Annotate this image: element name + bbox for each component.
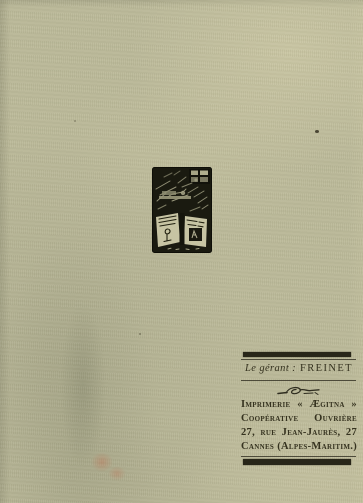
gerant-name: FREINET: [300, 363, 353, 374]
window-panes: [189, 169, 210, 184]
imprint-line-city: Cannes (Alpes-Maritim.): [241, 440, 357, 454]
red-stain-smudge: [108, 466, 126, 481]
imprint-line-cooperative: Coopérative Ouvrière: [241, 412, 357, 426]
left-poster: [156, 213, 180, 247]
red-stain-smudge: [91, 452, 113, 472]
top-thick-rule: [243, 352, 351, 357]
gerant-label: Le gérant :: [245, 363, 296, 374]
bottom-thin-rule: [241, 456, 356, 457]
ink-speck: [139, 333, 141, 335]
top-thin-rule: [241, 359, 356, 360]
woodcut-printing-press-stamp-icon: [152, 167, 212, 253]
scanned-back-cover-page: Le gérant : FREINET Imprimerie « Ægitna …: [0, 0, 363, 503]
ink-speck: [74, 120, 76, 122]
paper-shading-streak: [48, 265, 118, 503]
printer-signature-squiggle-icon: [277, 385, 321, 398]
gerant-line: Le gérant : FREINET: [245, 363, 353, 374]
imprint-text: Imprimerie « Ægitna » Coopérative Ouvriè…: [241, 398, 357, 454]
bottom-thick-rule: [243, 459, 351, 465]
ink-speck: [315, 130, 319, 133]
middle-thin-rule: [241, 380, 356, 381]
imprint-line-street: 27, rue Jean-Jaurès, 27: [241, 426, 357, 440]
imprint-line-printer: Imprimerie « Ægitna »: [241, 398, 357, 412]
right-poster: [184, 216, 207, 247]
